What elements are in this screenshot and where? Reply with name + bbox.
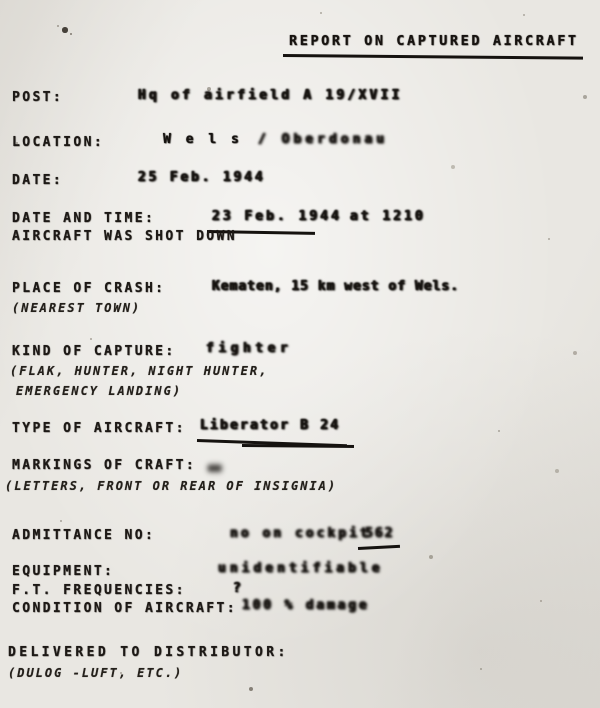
type-underline-2	[242, 444, 354, 448]
markings-sublabel: (LETTERS, FRONT OR REAR OF INSIGNIA)	[5, 479, 337, 493]
post-label: POST:	[12, 90, 63, 105]
shot-down-label: AIRCRAFT WAS SHOT DOWN	[12, 229, 237, 244]
type-of-aircraft-label: TYPE OF AIRCRAFT:	[12, 421, 186, 436]
place-of-crash-value: Kematen, 15 km west of Wels.	[212, 279, 459, 294]
delivered-label: DELIVERED TO DISTRIBUTOR:	[8, 645, 289, 660]
kind-of-capture-value: fighter	[206, 341, 292, 356]
report-title: REPORT ON CAPTURED AIRCRAFT	[289, 33, 579, 49]
admittance-no-number: 562	[365, 526, 394, 541]
markings-label: MARKINGS OF CRAFT:	[12, 458, 196, 473]
ft-frequencies-value: ?	[233, 581, 243, 596]
admittance-no-label: ADMITTANCE NO:	[12, 528, 155, 543]
capture-options-line1: (FLAK, HUNTER, NIGHT HUNTER,	[10, 364, 268, 378]
delivered-sublabel: (DULOG -LUFT, ETC.)	[8, 666, 183, 680]
date-label: DATE:	[12, 173, 63, 188]
equipment-value: unidentifiable	[218, 561, 384, 576]
date-time-label: DATE AND TIME:	[12, 211, 155, 226]
condition-label: CONDITION OF AIRCRAFT:	[12, 601, 237, 616]
location-value-town: W e l s	[163, 132, 242, 147]
date-time-value-date: 23 Feb. 1944	[212, 209, 342, 224]
type-of-aircraft-value: Liberator B 24	[200, 418, 340, 433]
admittance-underline	[358, 545, 400, 550]
capture-options-line2: EMERGENCY LANDING)	[16, 384, 182, 398]
equipment-label: EQUIPMENT:	[12, 564, 114, 579]
admittance-no-value: no on cockpit	[230, 526, 371, 541]
paper-noise	[0, 0, 2, 2]
date-time-value-time: at 1210	[350, 209, 426, 224]
date-value: 25 Feb. 1944	[138, 170, 266, 185]
title-underline	[283, 54, 583, 59]
kind-of-capture-label: KIND OF CAPTURE:	[12, 344, 176, 359]
ft-frequencies-label: F.T. FREQUENCIES:	[12, 583, 186, 598]
location-label: LOCATION:	[12, 135, 104, 150]
post-value: Hq of airfield A 19/XVII	[138, 88, 403, 103]
place-of-crash-label: PLACE OF CRASH:	[12, 281, 165, 296]
scanned-report-page: REPORT ON CAPTURED AIRCRAFT POST: Hq of …	[0, 0, 600, 708]
condition-value: 100 % damage	[242, 598, 370, 613]
nearest-town-sublabel: (NEAREST TOWN)	[12, 301, 141, 315]
location-value-region: / Oberdonau	[258, 132, 388, 147]
